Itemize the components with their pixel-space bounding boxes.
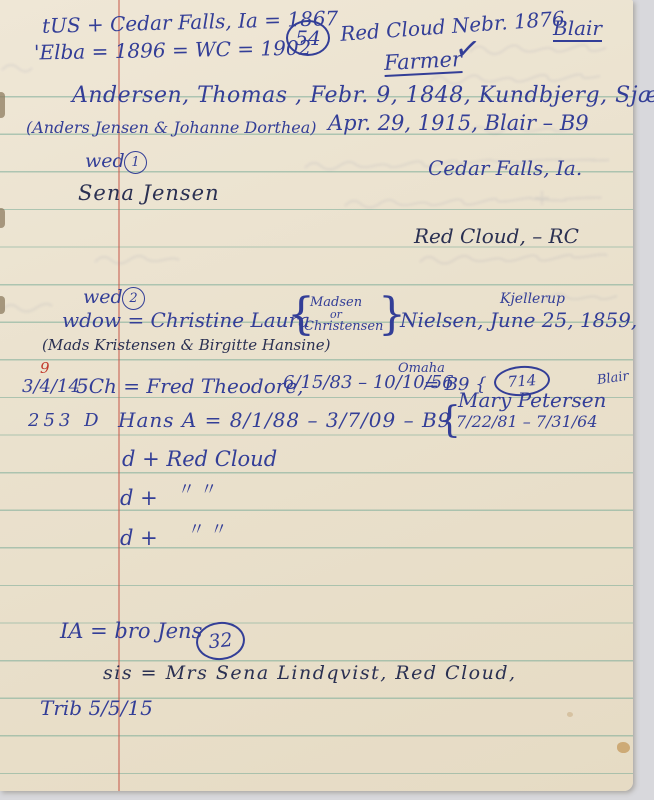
card-number-circle: 54 [286,20,330,56]
wed1-spouse: Sena Jensen [78,182,220,204]
child5-ditto-marks: 〃 〃 [188,522,227,540]
child5-entry: d + [120,527,158,549]
brother-reference: IA = bro Jens [60,620,202,642]
town-label: Blair [553,18,602,42]
binder-notch [0,208,5,228]
child1-spouse-dates: 7/22/81 – 7/31/64 [456,414,598,431]
paper-stain [567,712,573,717]
child2-name-dates: Hans A = 8/1/88 – 3/7/09 – B9 [118,410,451,431]
sister-reference: sis = Mrs Sena Lindqvist, Red Cloud, [103,664,517,684]
wed2-alt-surname-2: Christensen [304,320,383,334]
wed2-birthplace-above: Kjellerup [500,292,565,307]
wed1-place: Cedar Falls, Ia. [428,158,582,179]
child1-record-date: 3/4/14 [22,378,80,397]
child4-ditto-marks: 〃 〃 [178,482,217,500]
wed2-number: 2 [129,291,137,306]
child2-ref-number: 253 D [28,412,103,431]
child1-spouse-name: Mary Petersen [458,390,606,411]
child1-name: 5Ch = Fred Theodore, [76,376,304,397]
red-annotation: 9 [40,361,50,377]
subject-death: Apr. 29, 1915, Blair – B9 [328,112,589,134]
wed2-parents: (Mads Kristensen & Birgitte Hansine) [42,338,330,354]
child3-entry: d + Red Cloud [122,448,277,470]
residence-history-note: 'Elba = 1896 = WC = 1902 [34,38,312,64]
notebook-page: tUS + Cedar Falls, Ia = 1867 'Elba = 189… [0,0,633,791]
child4-entry: d + [120,487,158,509]
card-number: 54 [295,26,320,50]
wed1-label: wed [85,152,125,172]
occupation-label: Farmer [383,48,462,77]
subject-parents: (Anders Jensen & Johanne Dorthea) [26,120,317,137]
wed2-spouse-prefix: wdow = Christine Laura [62,310,310,331]
wed2-label: wed [83,288,123,308]
wed1-number: 1 [131,155,139,170]
wed1-place2: Red Cloud, – RC [414,226,579,247]
wed2-spouse-suffix: Nielsen, June 25, 1859, [400,310,637,331]
brother-card-number: 32 [207,629,233,653]
subject-name-birth: Andersen, Thomas , Febr. 9, 1848, Kundbj… [72,84,654,107]
binder-notch [0,92,5,118]
checkmark-icon: ✓ [453,32,482,67]
wed2-number-circle: 2 [122,287,145,310]
paper-stain [617,742,630,753]
wed1-number-circle: 1 [124,151,147,174]
obituary-reference: Trib 5/5/15 [40,698,153,719]
binder-notch [0,296,5,314]
